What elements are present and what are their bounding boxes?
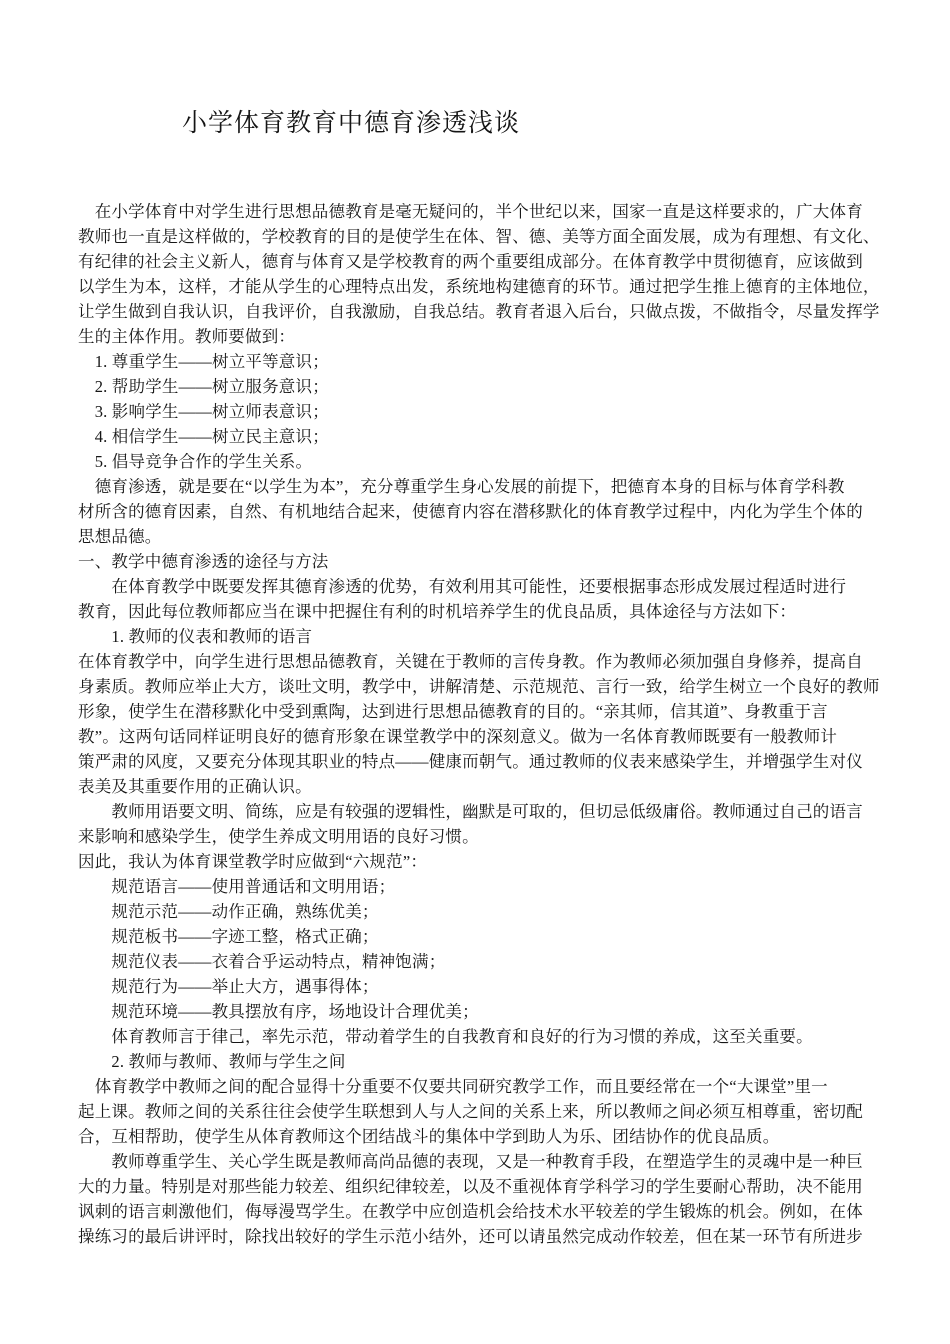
document-body: 在小学体育中对学生进行思想品德教育是毫无疑问的，半个世纪以来，国家一直是这样要求… — [78, 199, 888, 1249]
text-line: 规范仪表——衣着合乎运动特点，精神饱满； — [78, 949, 888, 974]
text-line: 规范行为——举止大方，遇事得体； — [78, 974, 888, 999]
text-line: 5. 倡导竞争合作的学生关系。 — [78, 449, 888, 474]
text-line: 合，互相帮助，使学生从体育教师这个团结战斗的集体中学到助人为乐、团结协作的优良品… — [78, 1124, 888, 1149]
text-line: 2. 帮助学生——树立服务意识； — [78, 374, 888, 399]
text-line: 规范板书——字迹工整，格式正确； — [78, 924, 888, 949]
text-line: 3. 影响学生——树立师表意识； — [78, 399, 888, 424]
text-line: 在体育教学中既要发挥其德育渗透的优势，有效利用其可能性，还要根据事态形成发展过程… — [78, 574, 888, 599]
text-line: 身素质。教师应举止大方，谈吐文明，教学中，讲解清楚、示范规范、言行一致，给学生树… — [78, 674, 888, 699]
document-title: 小学体育教育中德育渗透浅谈 — [182, 103, 520, 139]
text-line: 4. 相信学生——树立民主意识； — [78, 424, 888, 449]
text-line: 1. 教师的仪表和教师的语言 — [78, 624, 888, 649]
text-line: 形象，使学生在潜移默化中受到熏陶，达到进行思想品德教育的目的。“亲其师，信其道”… — [78, 699, 888, 724]
text-line: 生的主体作用。教师要做到： — [78, 324, 888, 349]
document-page: 小学体育教育中德育渗透浅谈 在小学体育中对学生进行思想品德教育是毫无疑问的，半个… — [0, 0, 950, 1344]
text-line: 一、教学中德育渗透的途径与方法 — [78, 549, 888, 574]
text-line: 德育渗透，就是要在“以学生为本”，充分尊重学生身心发展的前提下，把德育本身的目标… — [78, 474, 888, 499]
text-line: 策严肃的风度，又要充分体现其职业的特点——健康而朝气。通过教师的仪表来感染学生，… — [78, 749, 888, 774]
text-line: 因此，我认为体育课堂教学时应做到“六规范”： — [78, 849, 888, 874]
text-line: 操练习的最后讲评时，除找出较好的学生示范小结外，还可以请虽然完成动作较差，但在某… — [78, 1224, 888, 1249]
text-line: 来影响和感染学生，使学生养成文明用语的良好习惯。 — [78, 824, 888, 849]
text-line: 讽刺的语言刺激他们，侮辱漫骂学生。在教学中应创造机会给技术水平较差的学生锻炼的机… — [78, 1199, 888, 1224]
text-line: 在小学体育中对学生进行思想品德教育是毫无疑问的，半个世纪以来，国家一直是这样要求… — [78, 199, 888, 224]
text-line: 体育教学中教师之间的配合显得十分重要不仅要共同研究教学工作，而且要经常在一个“大… — [78, 1074, 888, 1099]
text-line: 2. 教师与教师、教师与学生之间 — [78, 1049, 888, 1074]
text-line: 思想品德。 — [78, 524, 888, 549]
text-line: 教师尊重学生、关心学生既是教师高尚品德的表现，又是一种教育手段，在塑造学生的灵魂… — [78, 1149, 888, 1174]
text-line: 让学生做到自我认识，自我评价，自我激励，自我总结。教育者退入后台，只做点拨，不做… — [78, 299, 888, 324]
text-line: 以学生为本，这样，才能从学生的心理特点出发，系统地构建德育的环节。通过把学生推上… — [78, 274, 888, 299]
text-line: 有纪律的社会主义新人，德育与体育又是学校教育的两个重要组成部分。在体育教学中贯彻… — [78, 249, 888, 274]
text-line: 起上课。教师之间的关系往往会使学生联想到人与人之间的关系上来，所以教师之间必须互… — [78, 1099, 888, 1124]
text-line: 材所含的德育因素，自然、有机地结合起来，使德育内容在潜移默化的体育教学过程中，内… — [78, 499, 888, 524]
text-line: 大的力量。特别是对那些能力较差、组织纪律较差，以及不重视体育学科学习的学生要耐心… — [78, 1174, 888, 1199]
text-line: 规范环境——教具摆放有序，场地设计合理优美； — [78, 999, 888, 1024]
text-line: 教师也一直是这样做的，学校教育的目的是使学生在体、智、德、美等方面全面发展，成为… — [78, 224, 888, 249]
text-line: 表美及其重要作用的正确认识。 — [78, 774, 888, 799]
text-line: 教育，因此每位教师都应当在课中把握住有利的时机培养学生的优良品质，具体途径与方法… — [78, 599, 888, 624]
text-line: 1. 尊重学生——树立平等意识； — [78, 349, 888, 374]
text-line: 在体育教学中，向学生进行思想品德教育，关键在于教师的言传身教。作为教师必须加强自… — [78, 649, 888, 674]
text-line: 教”。这两句话同样证明良好的德育形象在课堂教学中的深刻意义。做为一名体育教师既要… — [78, 724, 888, 749]
text-line: 教师用语要文明、简练，应是有较强的逻辑性，幽默是可取的，但切忌低级庸俗。教师通过… — [78, 799, 888, 824]
text-line: 规范示范——动作正确，熟练优美； — [78, 899, 888, 924]
text-line: 体育教师言于律己，率先示范，带动着学生的自我教育和良好的行为习惯的养成，这至关重… — [78, 1024, 888, 1049]
text-line: 规范语言——使用普通话和文明用语； — [78, 874, 888, 899]
